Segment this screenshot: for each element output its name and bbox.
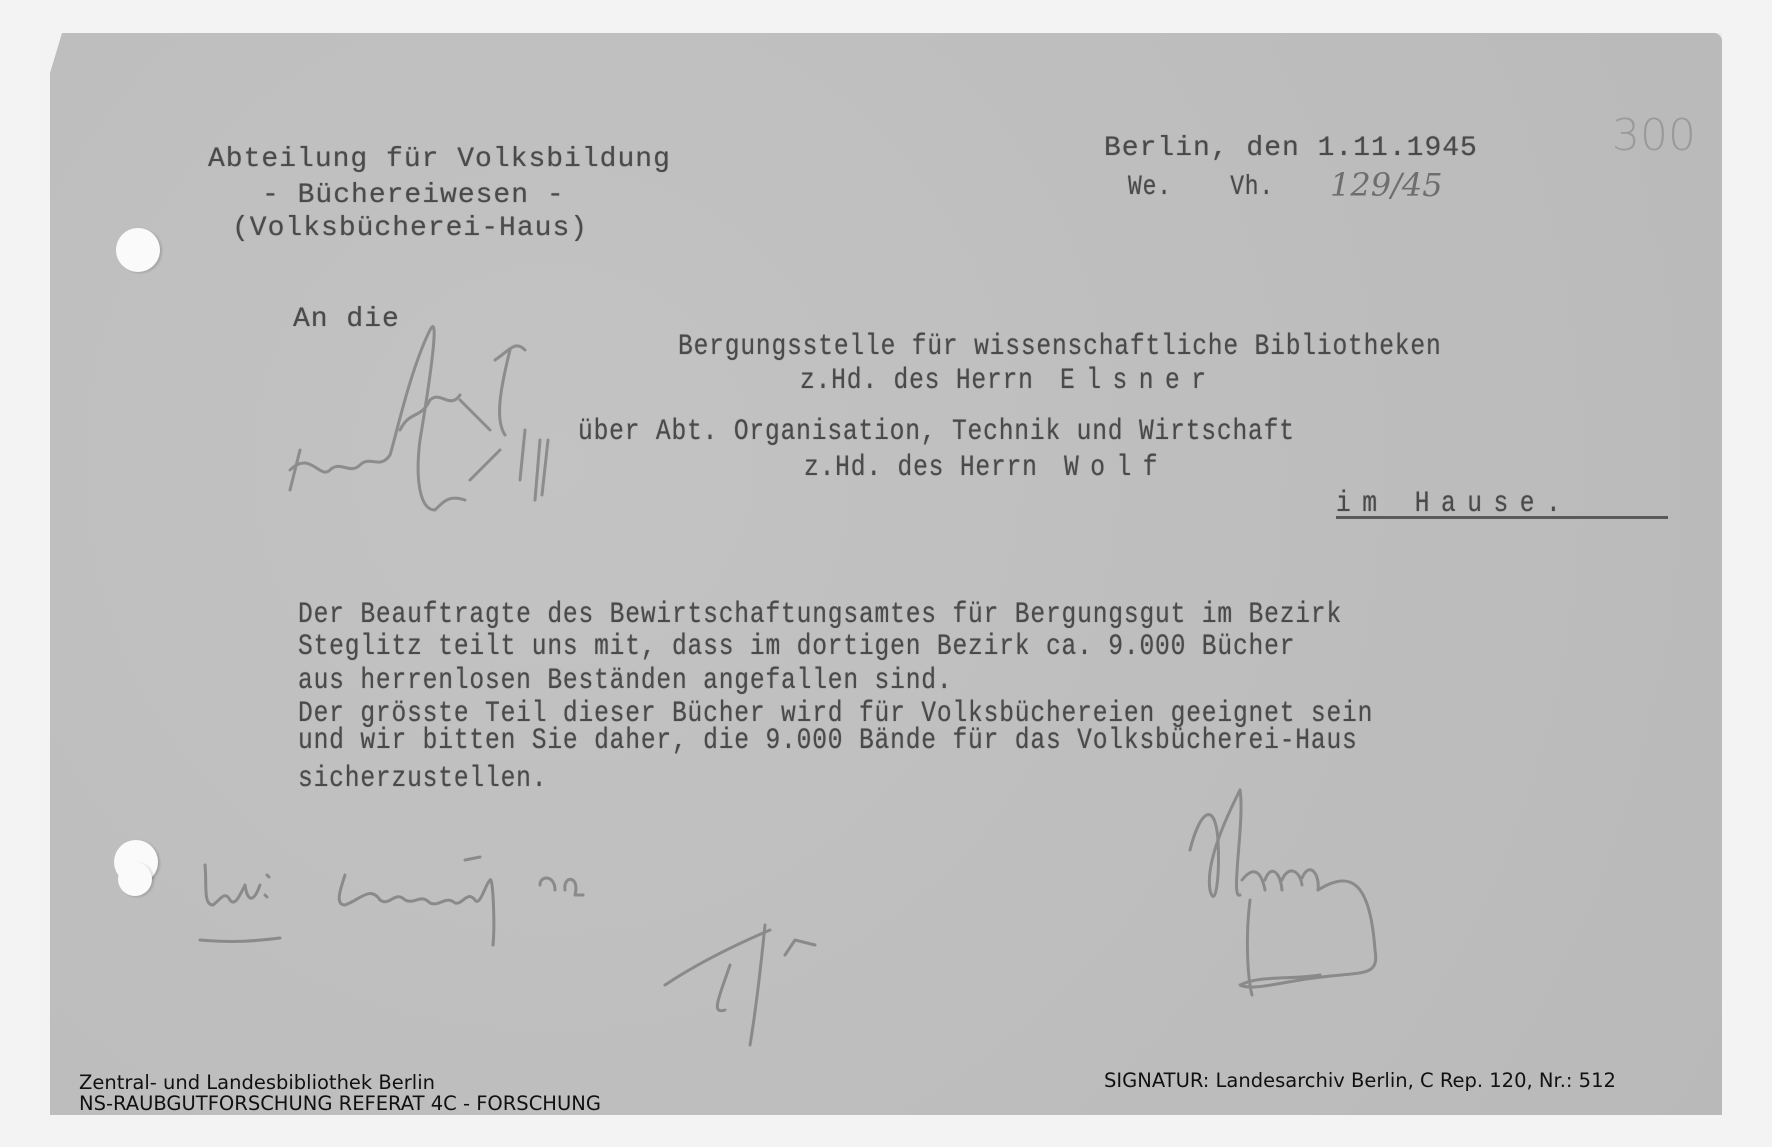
recipient-attention-prefix: z.Hd. des Herrn (800, 364, 1034, 398)
body-line-6: sicherzustellen. (298, 762, 547, 796)
footer-archive-signature: SIGNATUR: Landesarchiv Berlin, C Rep. 12… (1104, 1070, 1616, 1091)
reference-handwritten: 129/45 (1330, 166, 1443, 204)
body-line-1: Der Beauftragte des Bewirtschaftungsamte… (298, 598, 1342, 632)
recipient-attention-name: Elsner (1060, 364, 1217, 398)
punch-hole-bottom-tear (118, 862, 152, 896)
page-number-handwritten: 300 (1612, 110, 1696, 161)
place-date: Berlin, den 1.11.1945 (1104, 133, 1478, 164)
punch-hole-top (116, 228, 160, 272)
footer-institution: Zentral- und Landesbibliothek Berlin (79, 1072, 435, 1093)
recipient-via-attention-name: Wolf (1064, 451, 1169, 485)
footer-department: NS-RAUBGUTFORSCHUNG REFERAT 4C - FORSCHU… (79, 1093, 601, 1114)
recipient-location-underline (1336, 516, 1668, 519)
sender-section: - Büchereiwesen - (262, 180, 565, 211)
body-line-2: Steglitz teilt uns mit, dass im dortigen… (298, 630, 1295, 664)
recipient-via-department: über Abt. Organisation, Technik und Wirt… (578, 415, 1295, 449)
recipient-via-attention-prefix: z.Hd. des Herrn (804, 451, 1038, 485)
margin-note-handwriting (280, 300, 580, 530)
bottom-note-handwriting (195, 845, 895, 1045)
signature (1170, 780, 1430, 1000)
sender-department: Abteilung für Volksbildung (208, 144, 671, 175)
recipient-line1: Bergungsstelle für wissenschaftliche Bib… (678, 330, 1442, 364)
body-line-5: und wir bitten Sie daher, die 9.000 Bänd… (298, 724, 1358, 758)
body-line-3: aus herrenlosen Beständen angefallen sin… (298, 664, 952, 698)
sender-building: (Volksbücherei-Haus) (232, 213, 588, 244)
reference-typed: We. Vh. (1128, 172, 1274, 203)
